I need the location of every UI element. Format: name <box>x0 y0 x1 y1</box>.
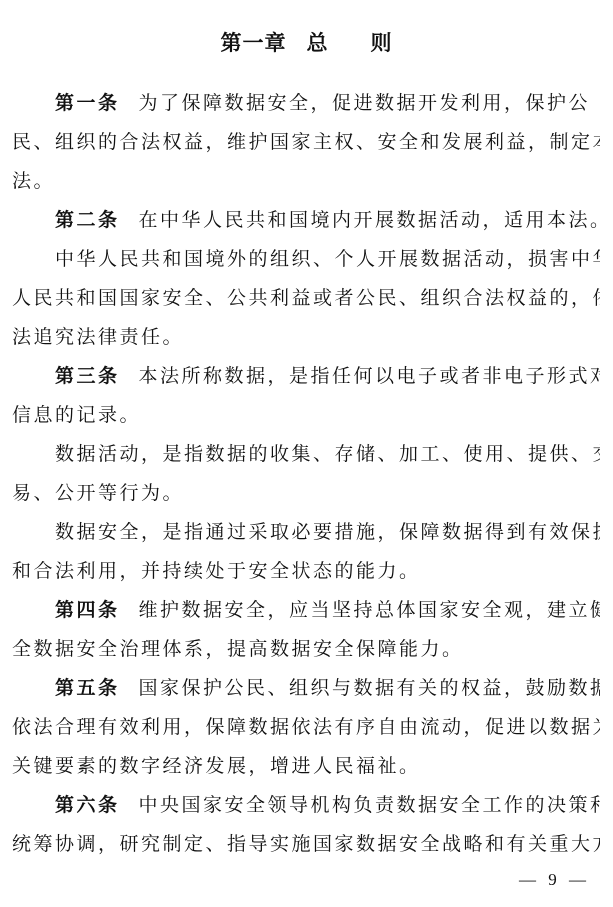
body-line-text: 依法合理有效利用，保障数据依法有序自由流动，促进以数据为 <box>12 717 600 738</box>
article-number: 第五条 <box>55 678 120 699</box>
body-line: 关键要素的数字经济发展，增进人民福祉。 <box>12 747 600 786</box>
chapter-title: 第一章总则 <box>0 28 613 58</box>
body-line: 数据安全，是指通过采取必要措施，保障数据得到有效保护 <box>12 513 600 552</box>
body-line: 法。 <box>12 162 600 201</box>
body-line: 人民共和国国家安全、公共利益或者公民、组织合法权益的，依 <box>12 279 600 318</box>
body-line: 依法合理有效利用，保障数据依法有序自由流动，促进以数据为 <box>12 708 600 747</box>
body-line-text: 维护数据安全，应当坚持总体国家安全观，建立健 <box>139 600 600 621</box>
body-line: 信息的记录。 <box>12 396 600 435</box>
body-line-text: 数据安全，是指通过采取必要措施，保障数据得到有效保护 <box>55 522 600 543</box>
body-line: 第四条维护数据安全，应当坚持总体国家安全观，建立健 <box>12 591 600 630</box>
article-number: 第三条 <box>55 366 120 387</box>
body-line-text: 为了保障数据安全，促进数据开发利用，保护公 <box>139 93 591 114</box>
body-line-text: 中华人民共和国境外的组织、个人开展数据活动，损害中华 <box>55 249 600 270</box>
body-line-text: 在中华人民共和国境内开展数据活动，适用本法。 <box>139 210 600 231</box>
body-line: 易、公开等行为。 <box>12 474 600 513</box>
body-line-text: 法追究法律责任。 <box>12 327 184 348</box>
body-line-text: 人民共和国国家安全、公共利益或者公民、组织合法权益的，依 <box>12 288 600 309</box>
body-line-text: 和合法利用，并持续处于安全状态的能力。 <box>12 561 421 582</box>
body-line-text: 关键要素的数字经济发展，增进人民福祉。 <box>12 756 421 777</box>
chapter-title-word-1: 总 <box>307 31 329 55</box>
body-line: 全数据安全治理体系，提高数据安全保障能力。 <box>12 630 600 669</box>
body-line: 中华人民共和国境外的组织、个人开展数据活动，损害中华 <box>12 240 600 279</box>
body-line: 第三条本法所称数据，是指任何以电子或者非电子形式对 <box>12 357 600 396</box>
body-line-text: 法。 <box>12 171 55 192</box>
body-line: 第五条国家保护公民、组织与数据有关的权益，鼓励数据 <box>12 669 600 708</box>
body-line: 法追究法律责任。 <box>12 318 600 357</box>
body-line-text: 数据活动，是指数据的收集、存储、加工、使用、提供、交 <box>55 444 600 465</box>
article-number: 第一条 <box>55 93 120 114</box>
body-line-text: 本法所称数据，是指任何以电子或者非电子形式对 <box>139 366 600 387</box>
body-line-text: 易、公开等行为。 <box>12 483 184 504</box>
body-line-text: 中央国家安全领导机构负责数据安全工作的决策和 <box>139 795 600 816</box>
body-line: 第二条在中华人民共和国境内开展数据活动，适用本法。 <box>12 201 600 240</box>
document-page: 第一章总则 第一条为了保障数据安全，促进数据开发利用，保护公 民、组织的合法权益… <box>0 0 613 907</box>
article-number: 第四条 <box>55 600 120 621</box>
body-line: 第一条为了保障数据安全，促进数据开发利用，保护公 <box>12 84 600 123</box>
chapter-number: 第一章 <box>221 31 287 55</box>
body-line-text: 国家保护公民、组织与数据有关的权益，鼓励数据 <box>139 678 600 699</box>
body-line: 民、组织的合法权益，维护国家主权、安全和发展利益，制定本 <box>12 123 600 162</box>
body-line: 统筹协调，研究制定、指导实施国家数据安全战略和有关重大方 <box>12 825 600 864</box>
body-line-text: 信息的记录。 <box>12 405 141 426</box>
chapter-title-word-2: 则 <box>371 31 393 55</box>
body-line: 和合法利用，并持续处于安全状态的能力。 <box>12 552 600 591</box>
body-text: 第一条为了保障数据安全，促进数据开发利用，保护公 民、组织的合法权益，维护国家主… <box>12 84 600 864</box>
article-number: 第二条 <box>55 210 120 231</box>
body-line: 数据活动，是指数据的收集、存储、加工、使用、提供、交 <box>12 435 600 474</box>
body-line-text: 全数据安全治理体系，提高数据安全保障能力。 <box>12 639 464 660</box>
article-number: 第六条 <box>55 795 120 816</box>
body-line: 第六条中央国家安全领导机构负责数据安全工作的决策和 <box>12 786 600 825</box>
body-line-text: 统筹协调，研究制定、指导实施国家数据安全战略和有关重大方 <box>12 834 600 855</box>
page-number: — 9 — <box>519 866 590 894</box>
body-line-text: 民、组织的合法权益，维护国家主权、安全和发展利益，制定本 <box>12 132 600 153</box>
